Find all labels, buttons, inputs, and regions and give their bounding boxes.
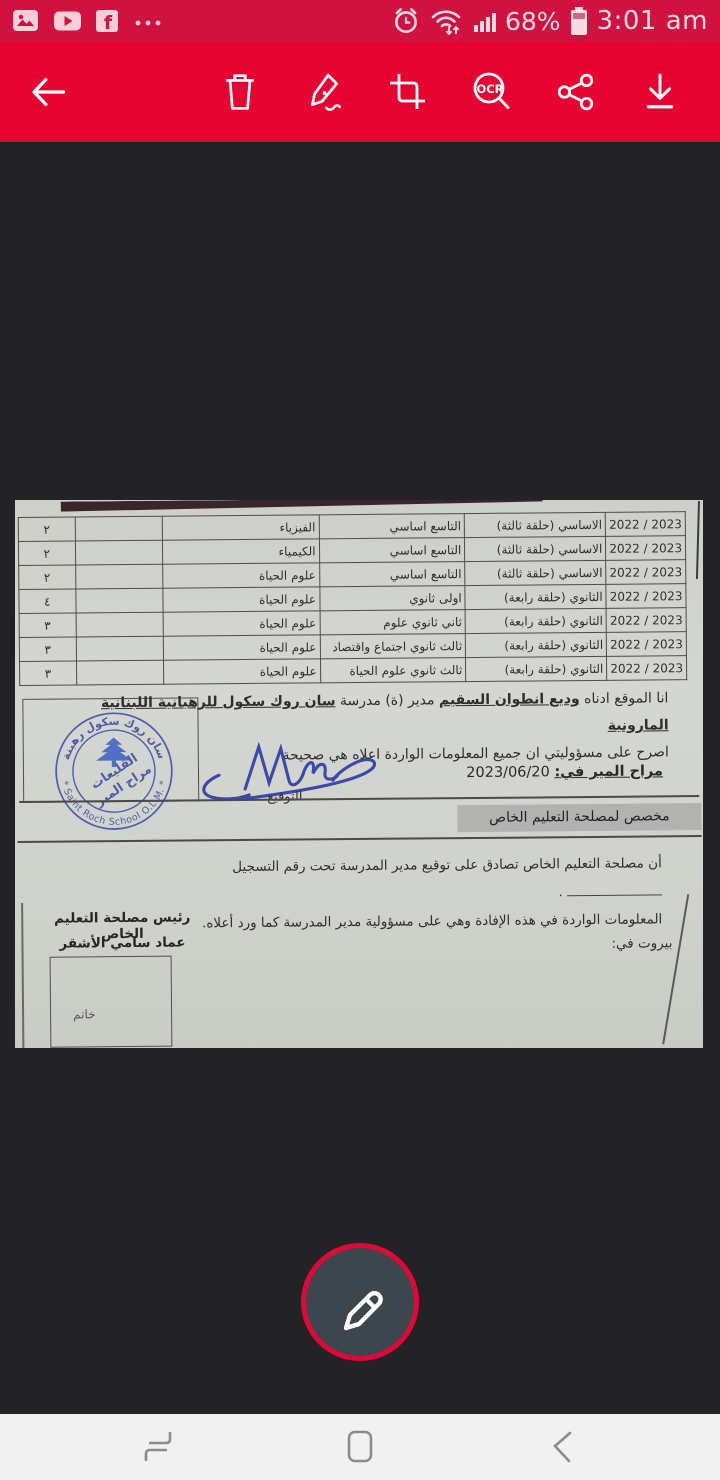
back-button[interactable] <box>0 74 96 110</box>
home-button[interactable] <box>330 1422 390 1472</box>
clock-time: 3:01 am <box>597 6 708 36</box>
cell-level: الاساسي (حلقة ثالثة) <box>465 536 606 561</box>
cell-count: ٢ <box>19 565 76 589</box>
pen-signature-icon <box>304 72 344 112</box>
special-education-paragraph: أن مصلحة التعليم الخاص تصادق على توقيع م… <box>182 849 663 937</box>
cell-count: ٣ <box>19 637 76 661</box>
signal-icon <box>473 7 497 35</box>
cell-grade: التاسع اساسي <box>319 562 465 587</box>
cell-count: ٢ <box>18 517 75 541</box>
cell-spare <box>75 588 162 613</box>
system-status: 68% 3:01 am <box>391 6 708 36</box>
desk-background-strip <box>61 500 543 512</box>
cell-spare <box>76 612 163 637</box>
ocr-label: OCR <box>476 82 503 96</box>
notification-icons: f <box>12 8 166 34</box>
stamp-placeholder-label: خاتم <box>73 1007 96 1021</box>
share-icon <box>556 72 596 112</box>
special-education-header: مخصص لمصلحة التعليم الخاص <box>457 803 701 832</box>
cell-level: الثانوي (حلقة رابعة) <box>465 608 606 633</box>
ocr-icon: OCR <box>470 71 514 113</box>
subjects-table-body: 2022 / 2023الاساسي (حلقة ثالثة)التاسع اس… <box>18 512 686 686</box>
certify-line2: المعلومات الواردة في هذه الإفادة وهي على… <box>202 911 662 931</box>
back-arrow-icon <box>28 74 68 110</box>
director-name: وديع انطوان السقيم <box>439 691 580 708</box>
cell-spare <box>75 516 162 541</box>
cell-subject: علوم الحياة <box>163 587 320 612</box>
app-toolbar: OCR <box>0 42 720 142</box>
document-photo[interactable]: 2022 / 2023الاساسي (حلقة ثالثة)التاسع اس… <box>15 500 703 1048</box>
cell-spare <box>75 564 162 589</box>
edit-fab-button[interactable] <box>301 1243 419 1361</box>
subjects-table: 2022 / 2023الاساسي (حلقة ثالثة)التاسع اس… <box>18 511 687 686</box>
cell-year: 2022 / 2023 <box>606 608 686 633</box>
registration-number-blank <box>567 883 662 896</box>
facebook-icon: f <box>95 8 119 34</box>
cell-spare <box>75 540 162 565</box>
delete-button[interactable] <box>198 71 282 113</box>
ocr-button[interactable]: OCR <box>450 71 534 113</box>
toolbar-actions: OCR <box>198 71 702 113</box>
cell-subject: علوم الحياة <box>163 659 320 684</box>
divider-line <box>18 835 702 842</box>
battery-icon <box>569 6 589 36</box>
cell-level: الاساسي (حلقة ثالثة) <box>464 512 605 537</box>
date-value: 2023/06/20 <box>466 764 550 781</box>
cell-grade: ثاني ثانوي علوم <box>320 610 466 635</box>
sign-button[interactable] <box>282 71 366 113</box>
home-icon <box>342 1428 378 1466</box>
download-button[interactable] <box>618 71 702 113</box>
cell-year: 2022 / 2023 <box>606 560 686 585</box>
paper-fold <box>662 894 689 1044</box>
declaration-middle: مدير (ة) مدرسة <box>340 692 435 709</box>
city-date-label: بيروت في: <box>611 935 672 952</box>
nav-back-button[interactable] <box>532 1422 592 1472</box>
phone-screen: f <box>0 0 720 1480</box>
recents-icon <box>139 1429 177 1465</box>
official-stamp-box: خاتم <box>50 956 173 1048</box>
cell-level: الثانوي (حلقة رابعة) <box>466 656 607 681</box>
cell-grade: اولى ثانوي <box>319 586 465 611</box>
cell-year: 2022 / 2023 <box>606 536 686 561</box>
cell-subject: الكيمياء <box>162 539 319 564</box>
place-date-label: مراح المير في: <box>554 763 663 780</box>
place-date-line: مراح المير في: 2023/06/20 <box>466 763 663 781</box>
more-notifications-icon <box>132 8 166 34</box>
table-row: 2022 / 2023الثانوي (حلقة رابعة)ثالث ثانو… <box>20 656 687 686</box>
trash-icon <box>221 72 259 112</box>
cell-year: 2022 / 2023 <box>607 632 687 657</box>
cell-count: ٢ <box>18 541 75 565</box>
cell-level: الاساسي (حلقة ثالثة) <box>465 560 606 585</box>
declaration-prefix: انا الموقع ادناه <box>584 690 668 707</box>
cell-count: ٣ <box>19 613 76 637</box>
nav-back-icon <box>546 1429 578 1465</box>
cell-level: الثانوي (حلقة رابعة) <box>466 632 607 657</box>
share-button[interactable] <box>534 71 618 113</box>
cell-subject: علوم الحياة <box>163 611 320 636</box>
cell-grade: ثالث ثانوي علوم الحياة <box>320 658 466 683</box>
cell-grade: التاسع اساسي <box>319 538 465 563</box>
chief-name: عماد سامي الأشقر <box>38 934 206 951</box>
cell-grade: ثالث ثانوي اجتماع واقتصاد <box>320 634 466 659</box>
cell-grade: التاسع اساسي <box>319 514 465 539</box>
cell-count: ٣ <box>20 661 77 685</box>
certificate-document: 2022 / 2023الاساسي (حلقة ثالثة)التاسع اس… <box>15 500 703 1048</box>
crop-icon <box>388 72 428 112</box>
pencil-icon <box>328 1270 392 1334</box>
cell-year: 2022 / 2023 <box>607 656 687 681</box>
cell-year: 2022 / 2023 <box>605 512 685 537</box>
certify-line1: أن مصلحة التعليم الخاص تصادق على توقيع م… <box>232 855 662 875</box>
form-border <box>21 903 24 1048</box>
crop-button[interactable] <box>366 71 450 113</box>
status-bar: f <box>0 0 720 42</box>
youtube-icon <box>53 8 82 34</box>
download-icon <box>641 72 679 112</box>
gallery-icon <box>12 8 40 34</box>
recents-button[interactable] <box>128 1422 188 1472</box>
cell-subject: علوم الحياة <box>162 563 319 588</box>
paper-edge <box>696 501 700 579</box>
cell-spare <box>76 660 163 685</box>
certify-line1-period: . <box>558 884 562 900</box>
cell-level: الثانوي (حلقة رابعة) <box>465 584 606 609</box>
battery-percent: 68% <box>505 7 561 36</box>
cell-spare <box>76 636 163 661</box>
cell-subject: علوم الحياة <box>163 635 320 660</box>
cell-subject: الفيزياء <box>162 515 319 540</box>
signature-label: التوقيع <box>267 789 302 804</box>
svg-text:f: f <box>104 12 113 34</box>
alarm-icon <box>391 6 421 36</box>
school-round-stamp: سان روك سكول رهبنة * Saint Roch School O… <box>52 710 175 833</box>
wifi-icon <box>429 6 465 36</box>
cell-year: 2022 / 2023 <box>606 584 686 609</box>
android-nav-bar <box>0 1414 720 1480</box>
cell-count: ٤ <box>19 589 76 613</box>
